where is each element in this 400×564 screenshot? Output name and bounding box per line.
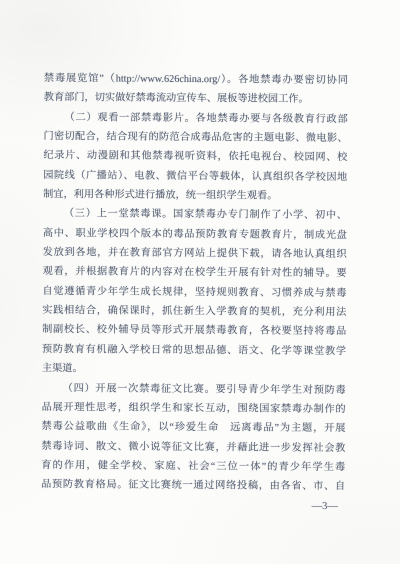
document-body-lines: 禁毒展览馆”（http://www.626china.org/）。各地禁毒办要密… — [41, 69, 348, 497]
scan-background: { "document": { "text_color": "#4e586b",… — [0, 0, 400, 564]
text-line: 教育部门，切实做好禁毒流动宣传车、展板等进校园工作。 — [44, 88, 348, 109]
text-line: 自觉遵循青少年学生成长规律，坚持规则教育、习惯养成与禁毒 — [42, 282, 346, 303]
text-line: 育的作用，健全学校、家庭、社会“三位一体”的青少年学生毒 — [41, 456, 345, 477]
text-line: 禁毒展览馆”（http://www.626china.org/）。各地禁毒办要密… — [44, 69, 348, 90]
text-line: 主渠道。 — [42, 359, 346, 380]
document-page: 禁毒展览馆”（http://www.626china.org/）。各地禁毒办要密… — [0, 0, 400, 564]
text-line: 禁毒公益歌曲《生命》，以“珍爱生命 远离毒品”为主题，开展 — [41, 417, 345, 438]
text-line: 门密切配合，结合现有的防范合成毒品危害的主题电影、微电影、 — [43, 127, 347, 148]
text-line: （四）开展一次禁毒征文比赛。要引导青少年学生对预防毒 — [42, 378, 346, 399]
text-line: 预防教育有机融入学校日常的思想品德、语文、化学等课堂教学 — [42, 340, 346, 361]
text-line: 品展开理性思考，组织学生和家长互动，围绕国家禁毒办制作的 — [42, 398, 346, 419]
text-line: 实践相结合，确保课时，抓住新生入学教育的契机，充分利用法 — [42, 301, 346, 322]
document-text-block: 禁毒展览馆”（http://www.626china.org/）。各地禁毒办要密… — [41, 69, 348, 512]
text-line: 制宜，利用各种形式进行播放，统一组织学生观看。 — [43, 185, 347, 206]
text-line: 观看，并根据教育片的内容对在校学生开展有针对性的辅导。要 — [43, 262, 347, 283]
text-line: 高中、职业学校四个版本的毒品预防教育专题教育片，制成光盘 — [43, 224, 347, 245]
text-line: 发放到各地，并在教育部官方网站上提供下载，请各地认真组织 — [43, 243, 347, 264]
text-line: 禁毒诗词、散文、微小说等征文比赛，并藉此进一步发挥社会教 — [41, 437, 345, 458]
page-number: —3— — [41, 499, 345, 512]
text-line: 品预防教育格局。征文比赛统一通过网络投稿，由各省、市、自 — [41, 475, 345, 496]
text-line: 纪录片、动漫剧和其他禁毒视听资料，依托电视台、校园网、校 — [43, 146, 347, 167]
text-line: （二）观看一部禁毒影片。各地禁毒办要与各级教育行政部 — [44, 108, 348, 129]
text-line: 制副校长、校外辅导员等形式开展禁毒教育，各校要坚持将毒品 — [42, 320, 346, 341]
text-line: （三）上一堂禁毒课。国家禁毒办专门制作了小学、初中、 — [43, 204, 347, 225]
text-line: 园院线（广播站）、电教、微信平台等载体，认真组织各学校因地 — [43, 166, 347, 187]
